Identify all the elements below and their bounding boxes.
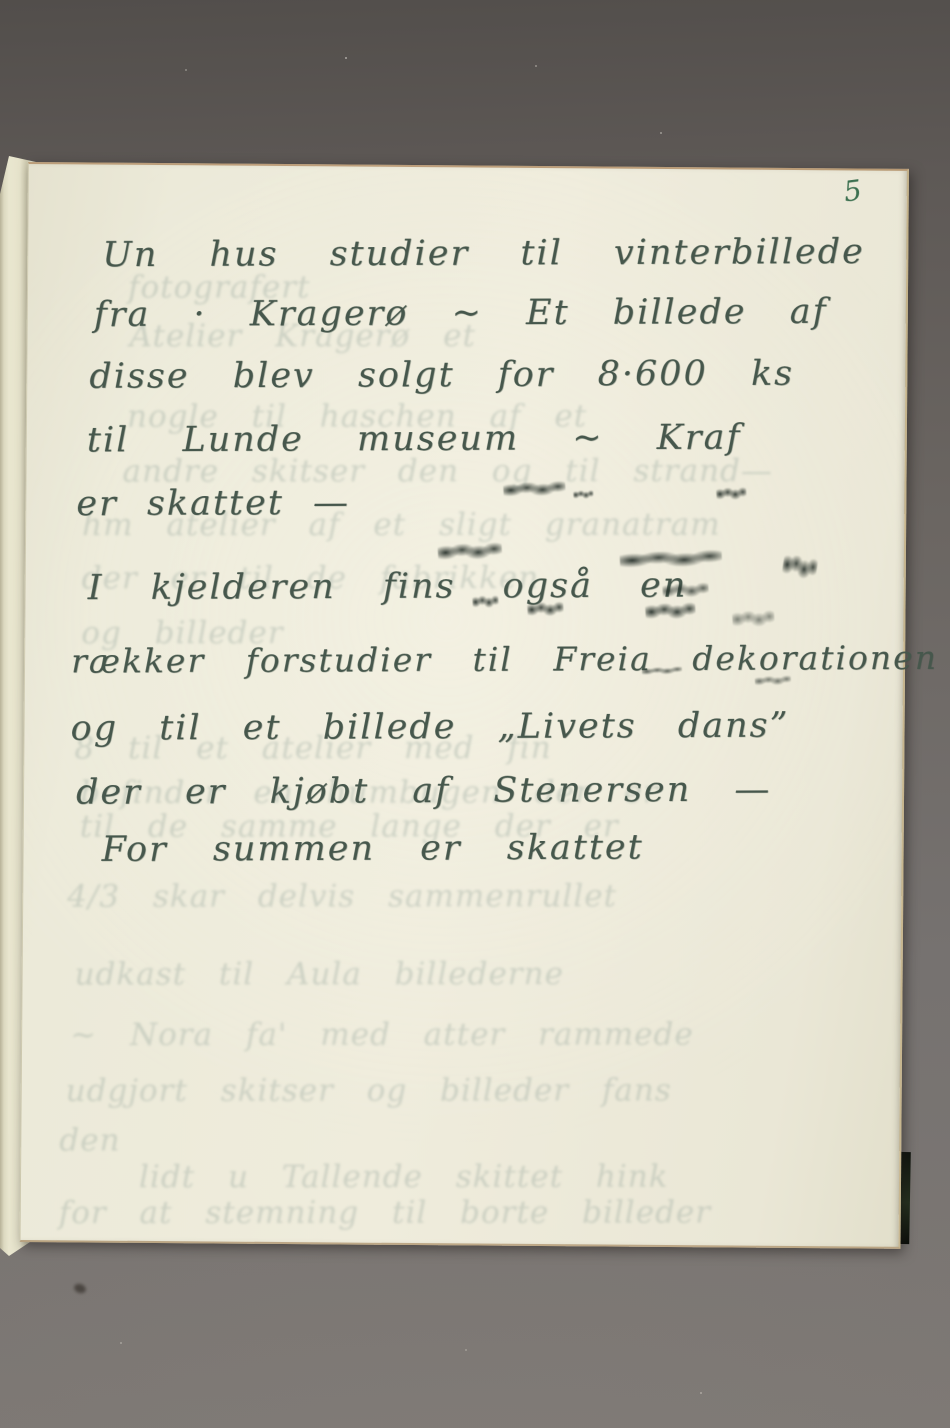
ink-smudge — [716, 487, 747, 502]
ink-smudge — [527, 601, 564, 618]
handwriting-line: er skattet — — [76, 483, 350, 524]
bleedthrough-line: 4/3 skar delvis sammenrullet — [67, 878, 617, 914]
bleedthrough-line: lidt u Tallende skittet hink — [139, 1159, 669, 1195]
bleedthrough-line: ~ Nora fa' med atter rammede — [70, 1017, 694, 1054]
ink-smudge — [781, 554, 818, 582]
bleedthrough-line: for at stemning til borte billeder — [59, 1195, 711, 1232]
ink-smudge — [503, 480, 566, 499]
page-number: 5 — [842, 173, 864, 208]
handwriting-line: rækker forstudier til Freia dekorationen — [71, 638, 938, 681]
handwriting-line: til Lunde museum ~ Kraf — [87, 418, 742, 461]
notebook-page: 5 fotografert Atelier Kragerø et nogle t… — [20, 162, 909, 1249]
ink-smudge — [755, 675, 792, 687]
ink-smudge — [662, 582, 709, 600]
handwriting-line: I kjelderen fins også en — [88, 566, 688, 609]
ink-smudge — [645, 602, 696, 622]
background-speckles — [345, 57, 347, 59]
handwriting-line: For summen er skattet — [102, 828, 644, 870]
handwriting-line: fra · Kragerø ~ Et billede af — [94, 292, 828, 335]
bleedthrough-line: udgjort skitser og billeder fans — [66, 1072, 672, 1109]
handwriting-line: disse blev solgt for 8·600 ks — [89, 354, 794, 397]
handwriting-line: Un hus studier til vinterbillede — [102, 232, 865, 275]
handwriting-line: og til et billede „Livets dans” — [70, 706, 789, 749]
bleedthrough-line: den — [59, 1122, 120, 1158]
ink-smudge — [732, 609, 775, 629]
ink-smudge — [620, 549, 723, 571]
ink-smudge — [573, 490, 594, 500]
handwriting-line: der er kjøbt af Stenersen — — [76, 770, 771, 813]
ink-smudge — [472, 595, 499, 610]
bleedthrough-line: udkast til Aula billederne — [75, 956, 564, 992]
